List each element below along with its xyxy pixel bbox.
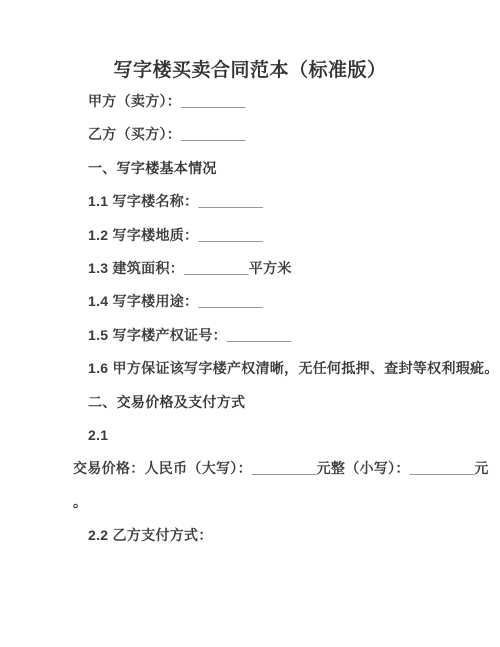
document-title: 写字楼买卖合同范本（标准版） xyxy=(0,57,500,85)
clause-2-2-payment: 2.2 乙方支付方式： xyxy=(0,519,500,552)
clause-1-5-certificate: 1.5 写字楼产权证号：________ xyxy=(0,319,500,352)
section-2-heading: 二、交易价格及支付方式 xyxy=(0,386,500,419)
contract-document-page: 写字楼买卖合同范本（标准版） 甲方（卖方）：________ 乙方（买方）：__… xyxy=(0,0,500,647)
section-1-heading: 一、写字楼基本情况 xyxy=(0,152,500,185)
clause-1-1-name: 1.1 写字楼名称：________ xyxy=(0,185,500,218)
price-line: 交易价格：人民币（大写）：________元整（小写）：________元 xyxy=(0,452,500,485)
price-line-period: 。 xyxy=(0,486,500,519)
clause-1-3-area: 1.3 建筑面积：________平方米 xyxy=(0,252,500,285)
clause-1-6-guarantee: 1.6 甲方保证该写字楼产权清晰，无任何抵押、查封等权利瑕疵。 xyxy=(0,352,500,385)
clause-2-1-number: 2.1 xyxy=(0,419,500,452)
party-b-line: 乙方（买方）：________ xyxy=(0,118,500,151)
document-body: 甲方（卖方）：________ 乙方（买方）：________ 一、写字楼基本情… xyxy=(0,85,500,553)
party-a-line: 甲方（卖方）：________ xyxy=(0,85,500,118)
clause-1-2-location: 1.2 写字楼地质：________ xyxy=(0,219,500,252)
clause-1-4-usage: 1.4 写字楼用途：________ xyxy=(0,285,500,318)
